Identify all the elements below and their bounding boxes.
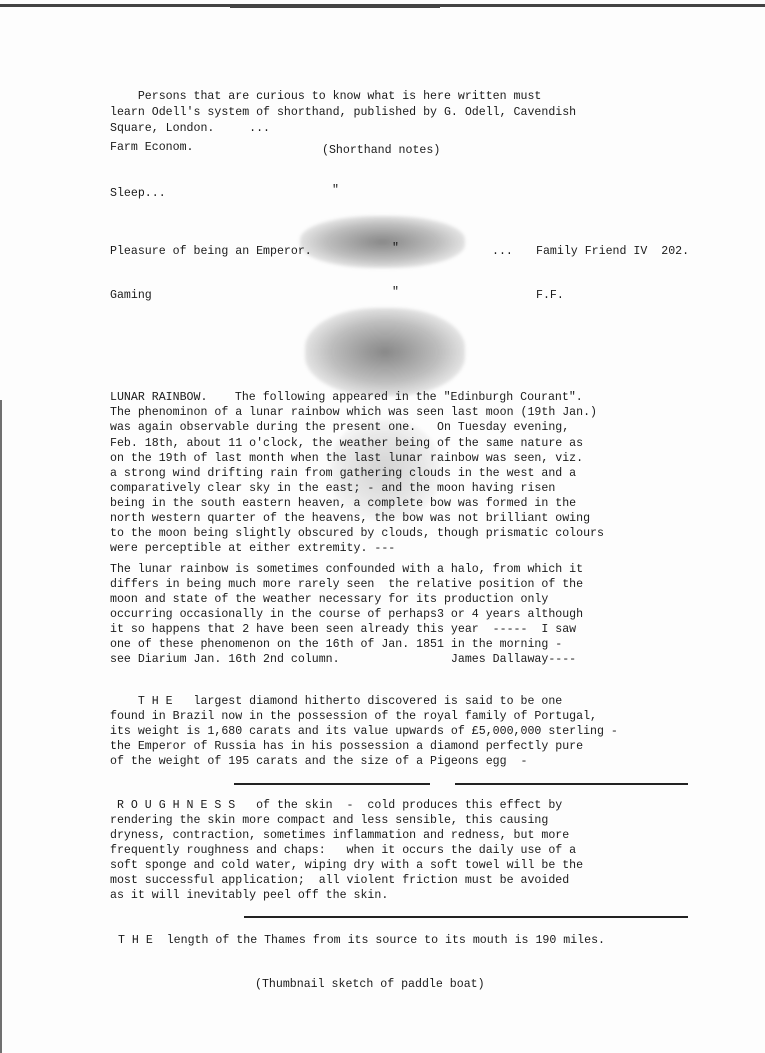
roughness-line: as it will inevitably peel off the skin. [110, 888, 388, 904]
roughness-line: R O U G H N E S S of the skin - cold pro… [110, 798, 562, 814]
lunar-rainbow-continuation: The lunar rainbow is sometimes confounde… [110, 562, 583, 578]
ink-smudge-upper [300, 216, 465, 268]
diamond-line: its weight is 1,680 carats and its value… [110, 724, 618, 740]
diamond-line: of the weight of 195 carats and the size… [110, 754, 527, 770]
roughness-line: most successful application; all violent… [110, 873, 569, 889]
emperor-label: Pleasure of being an Emperor. [110, 244, 312, 260]
diamond-line: T H E largest diamond hitherto discovere… [110, 694, 562, 710]
lunar-rainbow-continuation: see Diarium Jan. 16th 2nd column. James … [110, 652, 576, 668]
lunar-rainbow-line: being in the south eastern heaven, a com… [110, 496, 576, 512]
intro-line: Square, London. ... [110, 121, 270, 137]
roughness-line: rendering the skin more compact and less… [110, 813, 548, 829]
roughness-line: dryness, contraction, sometimes inflamma… [110, 828, 569, 844]
paddle-boat-sketch-note: (Thumbnail sketch of paddle boat) [255, 977, 485, 993]
lunar-rainbow-continuation: differs in being much more rarely seen t… [110, 577, 583, 593]
lunar-rainbow-continuation: one of these phenomenon on the 16th of J… [110, 637, 562, 653]
source-family-friend: Family Friend IV 202. [536, 244, 689, 260]
sleep-label: Sleep... [110, 186, 166, 202]
lunar-rainbow-line: a strong wind drifting rain from gatheri… [110, 466, 576, 482]
diamond-line: found in Brazil now in the possession of… [110, 709, 597, 725]
lunar-rainbow-line: to the moon being slightly obscured by c… [110, 526, 604, 542]
separator-rule-left [234, 783, 430, 785]
separator-rule [244, 916, 688, 918]
typescript-page: Persons that are curious to know what is… [0, 0, 765, 1053]
lunar-rainbow-line: on the 19th of last month when the last … [110, 451, 583, 467]
scan-left-edge [0, 400, 2, 1053]
lunar-rainbow-line: was again observable during the present … [110, 420, 569, 436]
lunar-rainbow-continuation: it so happens that 2 have been seen alre… [110, 622, 576, 638]
lunar-rainbow-continuation: occurring occasionally in the course of … [110, 607, 583, 623]
gaming-label: Gaming [110, 288, 152, 304]
separator-rule-right [455, 783, 688, 785]
scan-top-edge-mark [230, 6, 440, 8]
lunar-rainbow-line: north western quarter of the heavens, th… [110, 511, 590, 527]
ellipsis: ... [492, 244, 513, 260]
ditto-mark: " [392, 285, 399, 301]
lunar-rainbow-line: The following appeared in the "Edinburgh… [214, 390, 583, 406]
thames-line: T H E length of the Thames from its sour… [118, 933, 605, 949]
farm-econom-label: Farm Econom. [110, 140, 194, 156]
lunar-rainbow-continuation: moon and state of the weather necessary … [110, 592, 548, 608]
lunar-rainbow-line: comparatively clear sky in the east; - a… [110, 481, 555, 497]
lunar-rainbow-heading: LUNAR RAINBOW. [110, 390, 207, 406]
intro-line: learn Odell's system of shorthand, publi… [110, 105, 576, 121]
lunar-rainbow-line: Feb. 18th, about 11 o'clock, the weather… [110, 436, 583, 452]
shorthand-notes-label: (Shorthand notes) [322, 143, 440, 159]
ditto-mark: " [392, 241, 399, 257]
source-ff: F.F. [536, 288, 564, 304]
intro-line: Persons that are curious to know what is… [110, 89, 541, 105]
roughness-line: frequently roughness and chaps: when it … [110, 843, 576, 859]
ditto-mark: " [332, 183, 339, 199]
diamond-line: the Emperor of Russia has in his possess… [110, 739, 583, 755]
lunar-rainbow-line: The phenominon of a lunar rainbow which … [110, 405, 597, 421]
roughness-line: soft sponge and cold water, wiping dry w… [110, 858, 583, 874]
lunar-rainbow-line: were perceptible at either extremity. --… [110, 541, 395, 557]
ink-smudge-lower [305, 308, 465, 396]
